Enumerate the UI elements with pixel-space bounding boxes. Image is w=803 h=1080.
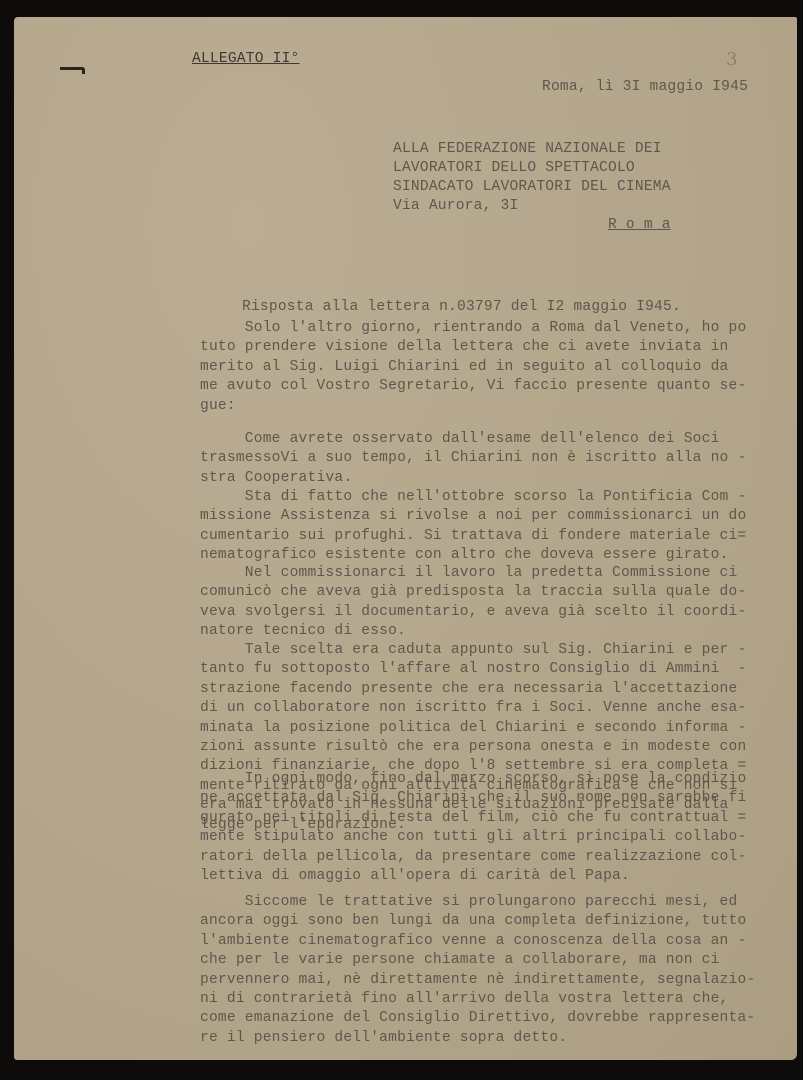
body-line: di un collaboratore non iscritto fra i S…	[200, 699, 746, 719]
recipient-line: SINDACATO LAVORATORI DEL CINEMA	[393, 178, 671, 198]
body-line: Siccome le trattative si prolungarono pa…	[200, 893, 737, 913]
body-line: Tale scelta era caduta appunto sul Sig. …	[200, 641, 746, 661]
body-line: merito al Sig. Luigi Chiarini ed in segu…	[200, 358, 729, 378]
body-line: mente stipulato anche con tutti gli altr…	[200, 828, 746, 848]
body-line: l'ambiente cinematografico venne a conos…	[200, 932, 746, 952]
body-line: Come avrete osservato dall'esame dell'el…	[200, 430, 720, 450]
body-line: zioni assunte risultò che era persona on…	[200, 738, 746, 758]
body-line: pervennero mai, nè direttamente nè indir…	[200, 971, 755, 991]
body-line: comunicò che aveva già predisposta la tr…	[200, 583, 746, 603]
recipient-line: Via Aurora, 3I	[393, 197, 518, 217]
body-line: cumentario sui profughi. Si trattava di …	[200, 527, 746, 547]
body-line: ancora oggi sono ben lungi da una comple…	[200, 912, 746, 932]
body-line: ni di contrarietà fino all'arrivo della …	[200, 990, 729, 1010]
recipient-line: LAVORATORI DELLO SPETTACOLO	[393, 159, 635, 179]
attachment-label: ALLEGATO II°	[192, 50, 300, 70]
page-number: 3	[726, 49, 737, 70]
body-line: veva svolgersi il documentario, e aveva …	[200, 603, 746, 623]
date-line: Roma, lì 3I maggio I945	[542, 78, 748, 98]
recipient-city: R o m a	[608, 216, 671, 236]
body-line: tanto fu sottoposto l'affare al nostro C…	[200, 660, 746, 680]
body-line: gurato nei titoli di testa del film, ciò…	[200, 809, 746, 829]
body-line: lettiva di omaggio all'opera di carità d…	[200, 867, 630, 887]
body-line: Nel commissionarci il lavoro la predetta…	[200, 564, 737, 584]
body-line: Solo l'altro giorno, rientrando a Roma d…	[200, 319, 746, 339]
body-line: missione Assistenza si rivolse a noi per…	[200, 507, 746, 527]
body-line: tuto prendere visione della lettera che …	[200, 338, 729, 358]
body-line: ne accettata dal Sig. Chiarini che il su…	[200, 789, 746, 809]
body-line: strazione facendo presente che era neces…	[200, 680, 737, 700]
body-line: Sta di fatto che nell'ottobre scorso la …	[200, 488, 746, 508]
body-line: come emanazione del Consiglio Direttivo,…	[200, 1009, 755, 1029]
body-line: nematografico esistente con altro che do…	[200, 546, 729, 566]
body-line: che per le varie persone chiamate a coll…	[200, 951, 720, 971]
recipient-line: ALLA FEDERAZIONE NAZIONALE DEI	[393, 140, 662, 160]
body-line: In ogni modo, fino dal marzo scorso, si …	[200, 770, 746, 790]
subject-line: Risposta alla lettera n.03797 del I2 mag…	[242, 298, 681, 318]
pen-mark	[60, 67, 85, 74]
body-line: trasmessoVi a suo tempo, il Chiarini non…	[200, 449, 746, 469]
body-line: me avuto col Vostro Segretario, Vi facci…	[200, 377, 746, 397]
body-line: ratori della pellicola, da presentare co…	[200, 848, 746, 868]
body-line: gue:	[200, 397, 236, 417]
body-line: re il pensiero dell'ambiente sopra detto…	[200, 1029, 567, 1049]
body-line: stra Cooperativa.	[200, 469, 352, 489]
document-page: ALLEGATO II° 3 Roma, lì 3I maggio I945 A…	[14, 17, 797, 1060]
body-line: minata la posizione politica del Chiarin…	[200, 719, 746, 739]
body-line: natore tecnico di esso.	[200, 622, 406, 642]
